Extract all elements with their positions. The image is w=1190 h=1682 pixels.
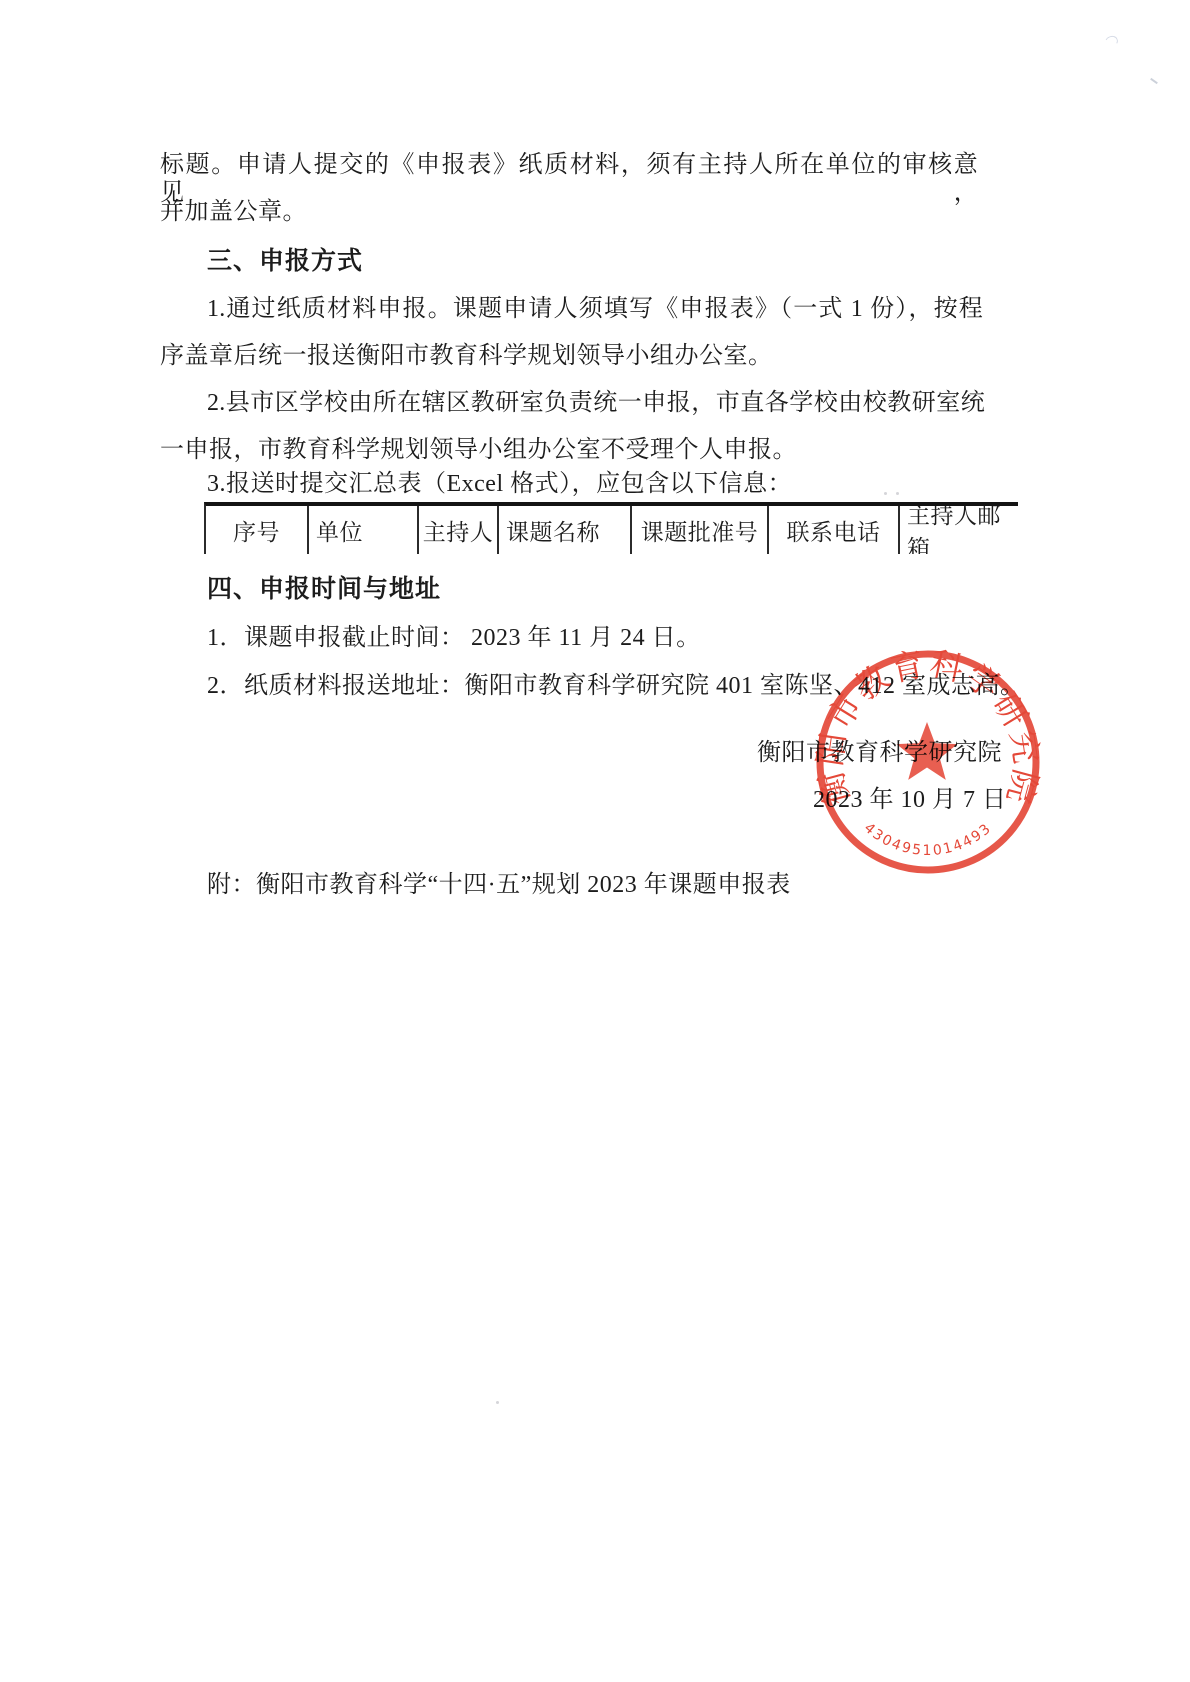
- table-header-zhuchiren: 主持人: [419, 506, 499, 554]
- table-header-danwei: 单位: [309, 506, 419, 554]
- scan-speck: [896, 492, 899, 495]
- scan-speck: [1150, 78, 1158, 84]
- table-header-ketipizhunhao: 课题批准号: [632, 506, 769, 554]
- summary-table: 序号 单位 主持人 课题名称 课题批准号 联系电话 主持人邮箱: [204, 502, 1018, 554]
- section4-heading: 四、申报时间与地址: [207, 576, 441, 604]
- table-header-lianxidianhua: 联系电话: [769, 506, 900, 554]
- table-header-zhuchirenyouxiang: 主持人邮箱: [900, 506, 1018, 554]
- section3-item2-line2: 一申报，市教育科学规划领导小组办公室不受理个人申报。: [160, 436, 797, 464]
- scanned-document-page: 标题。申请人提交的《申报表》纸质材料，须有主持人所在单位的审核意见， 并加盖公章…: [0, 0, 1190, 1682]
- section3-heading: 三、申报方式: [207, 248, 363, 276]
- star-icon: [897, 722, 958, 780]
- scan-speck: [884, 492, 887, 495]
- section3-item3: 3.报送时提交汇总表（Excel 格式），应包含以下信息：: [207, 470, 792, 498]
- table-header-xuhao: 序号: [206, 506, 309, 554]
- section3-item1-line2: 序盖章后统一报送衡阳市教育科学规划领导小组办公室。: [160, 342, 773, 370]
- section4-item1: 1．课题申报截止时间： 2023 年 11 月 24 日。: [207, 624, 701, 652]
- section3-item1-line1: 1.通过纸质材料申报。课题申请人须填写《申报表》（一式 1 份），按程: [207, 295, 983, 323]
- section3-item2-line1: 2.县市区学校由所在辖区教研室负责统一申报，市直各学校由校教研室统: [207, 389, 985, 417]
- official-seal: 衡阳市教育科学研究院 4304951014493: [808, 642, 1048, 882]
- paragraph-continuation-line2: 并加盖公章。: [160, 198, 307, 226]
- scan-speck: [1104, 34, 1120, 49]
- attachment-note: 附：衡阳市教育科学“十四·五”规划 2023 年课题申报表: [207, 871, 791, 899]
- table-header-ketimingcheng: 课题名称: [499, 506, 632, 554]
- seal-number-text: 4304951014493: [861, 820, 995, 859]
- scan-speck: [496, 1401, 499, 1404]
